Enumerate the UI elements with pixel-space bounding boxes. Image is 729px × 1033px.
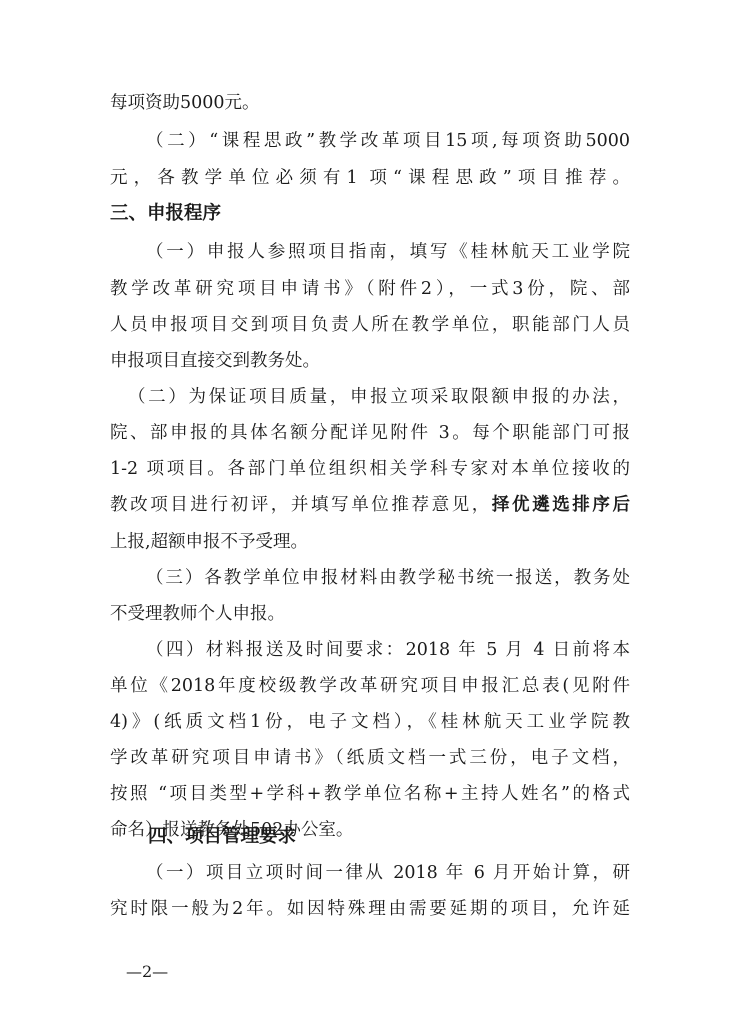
paragraph-line: （二）“课程思政”教学改革项目15项,每项资助5000: [146, 130, 630, 152]
paragraph-line: 元，各教学单位必须有1 项“课程思政”项目推荐。: [110, 167, 630, 189]
paragraph-line: 单位《2018年度校级教学改革研究项目申报汇总表(见附件: [110, 675, 630, 697]
section-heading-4: 四、项目管理要求: [148, 826, 296, 848]
paragraph-line: 4)》(纸质文档1份，电子文档），《桂林航天工业学院教: [110, 711, 630, 733]
paragraph-line-with-emphasis: 教改项目进行初评，并填写单位推荐意见，择优遴选排序后: [110, 494, 630, 516]
paragraph-line: （一）申报人参照项目指南，填写《桂林航天工业学院: [146, 241, 630, 263]
paragraph-text: 教改项目进行初评，并填写单位推荐意见，: [110, 495, 492, 515]
paragraph-line: 学改革研究项目申请书》（纸质文档一式三份，电子文档，: [110, 747, 630, 769]
paragraph-line: 1-2 项项目。各部门单位组织相关学科专家对本单位接收的: [110, 458, 630, 480]
paragraph-line: （四）材料报送及时间要求：2018 年 5 月 4 日前将本: [146, 639, 630, 661]
paragraph-line: 申报项目直接交到教务处。: [110, 350, 630, 372]
paragraph-line: 教学改革研究项目申请书》（附件2），一式3份，院、部: [110, 278, 630, 300]
document-page: 每项资助5000元。 （二）“课程思政”教学改革项目15项,每项资助5000 元…: [0, 0, 729, 1033]
section-heading-3: 三、申报程序: [110, 203, 221, 225]
paragraph-line: 不受理教师个人申报。: [110, 603, 630, 625]
paragraph-line: （三）各教学单位申报材料由教学秘书统一报送，教务处: [146, 567, 630, 589]
paragraph-line: 院、部申报的具体名额分配详见附件 3。每个职能部门可报: [110, 422, 630, 444]
paragraph-line: （一）项目立项时间一律从 2018 年 6 月开始计算，研: [146, 862, 630, 884]
paragraph-line: 每项资助5000元。: [110, 92, 630, 114]
paragraph-line: （二）为保证项目质量，申报立项采取限额申报的办法，: [128, 386, 630, 408]
paragraph-line: 上报,超额申报不予受理。: [110, 531, 630, 553]
page-number: —2—: [126, 962, 168, 982]
emphasis-text: 择优遴选排序后: [492, 495, 630, 515]
paragraph-line: 按照 “项目类型+学科+教学单位名称+主持人姓名”的格式: [110, 783, 630, 805]
paragraph-line: 究时限一般为2年。如因特殊理由需要延期的项目，允许延: [110, 898, 630, 920]
paragraph-line: 人员申报项目交到项目负责人所在教学单位，职能部门人员: [110, 314, 630, 336]
